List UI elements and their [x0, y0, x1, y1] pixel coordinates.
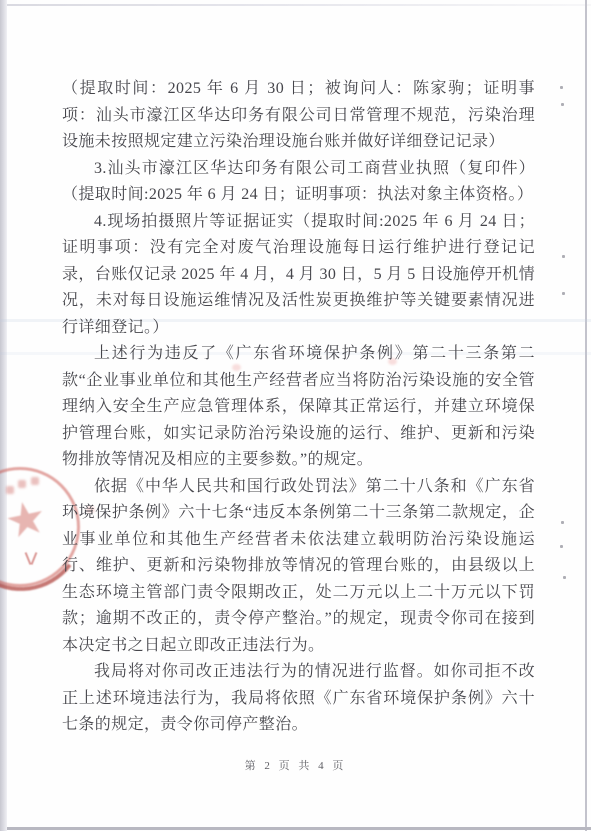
document-body: （提取时间：2025 年 6 月 30 日；被询问人：陈家驹；证明事项：汕头市濠…	[62, 76, 535, 739]
paragraph-evidence-2-continued: （提取时间：2025 年 6 月 30 日；被询问人：陈家驹；证明事项：汕头市濠…	[62, 76, 535, 156]
scan-edge-top	[7, 4, 591, 6]
scanned-document-page: ★ （提取时间：2025 年 6 月 30 日；被询问人：陈家驹；证明事项：汕头…	[0, 0, 591, 831]
seal-arc-text-blob	[6, 486, 14, 494]
seal-arc-text-blob	[31, 477, 39, 485]
paragraph-supervision-notice: 我局将对你司改正违法行为的情况进行监督。如你司拒不改正上述环境违法行为，我局将依…	[62, 659, 535, 739]
paragraph-evidence-3: 3.汕头市濠江区华达印务有限公司工商营业执照（复印件）（提取时间:2025 年 …	[62, 156, 535, 209]
scan-speck	[562, 292, 565, 295]
page-number: 第 2 页 共 4 页	[0, 757, 591, 773]
scan-speck	[561, 103, 564, 106]
scan-speck	[560, 86, 563, 89]
scan-speck	[563, 576, 566, 579]
paragraph-penalty-basis: 依据《中华人民共和国行政处罚法》第二十八条和《广东省环境保护条例》六十七条“违反…	[62, 474, 535, 660]
scan-edge-bottom	[7, 827, 591, 830]
seal-check-mark	[24, 552, 38, 564]
seal-arc-text-blob	[18, 480, 26, 488]
paragraph-evidence-4: 4.现场拍摄照片等证据证实（提取时间:2025 年 6 月 24 日；证明事项：…	[62, 209, 535, 342]
scan-speck	[562, 255, 565, 258]
scan-edge-left	[0, 0, 7, 831]
scan-edge-right	[585, 0, 587, 831]
paragraph-violation-basis: 上述行为违反了《广东省环境保护条例》第二十三条第二款“企业事业单位和其他生产经营…	[62, 341, 535, 474]
scan-speck	[560, 545, 563, 548]
scan-speck	[561, 521, 564, 524]
